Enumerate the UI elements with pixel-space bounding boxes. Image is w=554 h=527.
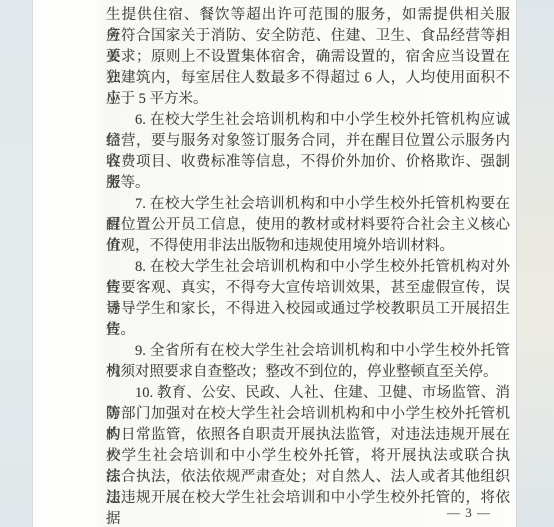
document-viewer: 生提供住宿、餐饮等超出许可范围的服务，如需提供相关服务， 应符合国家关于消防、安… <box>0 0 554 527</box>
text-line: 应符合国家关于消防、安全防范、住建、卫生、食品经营等相关 <box>106 26 510 47</box>
text-line: 务等。 <box>106 173 510 194</box>
text-line: 诱导学生和家长，不得进入校园或通过学校教职员工开展招生宣 <box>106 299 510 320</box>
text-line: 收费项目、收费标准等信息，不得价外加价、价格欺诈、强制服 <box>106 152 510 173</box>
text-line: 立建筑内，每室居住人数最多不得超过 6 人，人均使用面积不应 <box>106 68 510 89</box>
text-line: 经营，要与服务对象签订服务合同，并在醒目位置公示服务内容、 <box>106 131 510 152</box>
text-line: 综合执法，依法依规严肃查处；对自然人、法人或者其他组织违 <box>106 467 510 488</box>
text-line: 7. 在校大学生社会培训机构和中小学生校外托管机构要在醒 <box>106 194 510 215</box>
text-line: 8. 在校大学生社会培训机构和中小学生校外托管机构对外宣 <box>106 257 510 278</box>
text-line: 值观，不得使用非法出版物和违规使用境外培训材料。 <box>106 236 510 257</box>
text-line: 小于 5 平方米。 <box>106 89 510 110</box>
text-line: 的日常监管，依照各自职责开展执法监管，对违法违规开展在校 <box>106 425 510 446</box>
viewer-background-left <box>0 0 33 527</box>
text-line: 传。 <box>106 320 510 341</box>
text-line: 要求；原则上不设置集体宿舍，确需设置的，宿舍应当设置在独 <box>106 47 510 68</box>
text-line: 目位置公开员工信息，使用的教材或材料要符合社会主义核心价 <box>106 215 510 236</box>
document-page: 生提供住宿、餐饮等超出许可范围的服务，如需提供相关服务， 应符合国家关于消防、安… <box>33 0 516 527</box>
text-line: 10. 教育、公安、民政、人社、住建、卫健、市场监管、消防 <box>106 383 510 404</box>
text-line: 等部门加强对在校大学生社会培训机构和中小学生校外托管机构 <box>106 404 510 425</box>
text-line: 传要客观、真实，不得夸大宣传培训效果，甚至虚假宣传，误导、 <box>106 278 510 299</box>
text-line: 9. 全省所有在校大学生社会培训机构和中小学生校外托管机 <box>106 341 510 362</box>
document-text-block: 生提供住宿、餐饮等超出许可范围的服务，如需提供相关服务， 应符合国家关于消防、安… <box>106 5 510 509</box>
page-number: — 3 — <box>428 505 510 521</box>
viewer-background-right <box>516 0 554 527</box>
text-line: 生提供住宿、餐饮等超出许可范围的服务，如需提供相关服务， <box>106 5 510 26</box>
text-line: 大学生社会培训和中小学生校外托管，将开展执法或联合执法、 <box>106 446 510 467</box>
text-line: 6. 在校大学生社会培训机构和中小学生校外托管机构应诚信 <box>106 110 510 131</box>
text-line: 构须对照要求自查整改；整改不到位的，停业整顿直至关停。 <box>106 362 510 383</box>
